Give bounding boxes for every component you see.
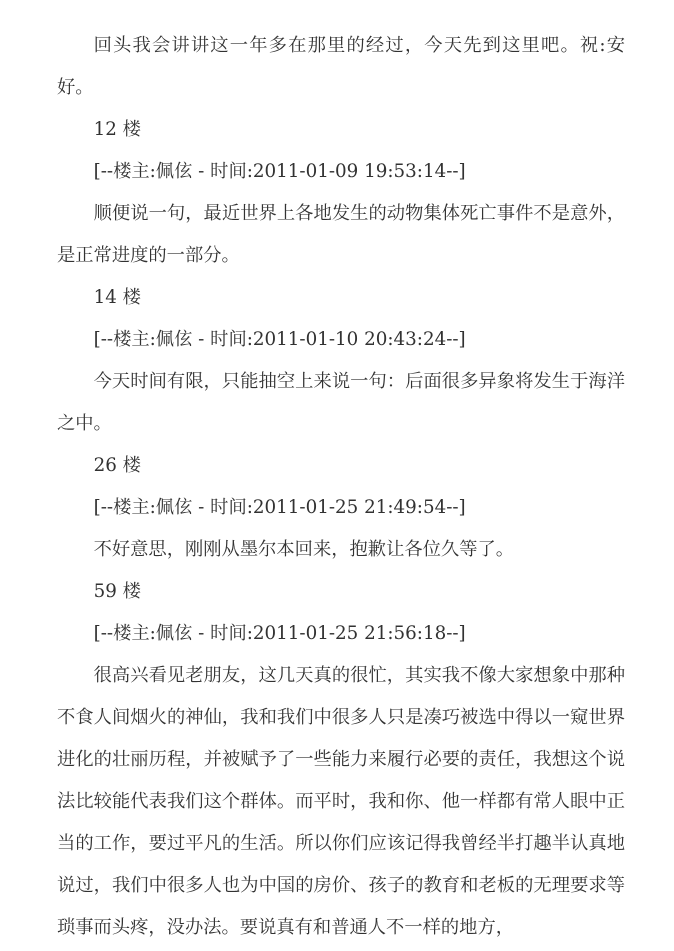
body-paragraph: 不好意思，刚刚从墨尔本回来，抱歉让各位久等了。	[57, 529, 625, 571]
document-page: 回头我会讲讲这一年多在那里的经过，今天先到这里吧。祝:安好。12 楼[--楼主:…	[0, 0, 674, 951]
post-meta-line: [--楼主:佩伭 - 时间:2011-01-10 20:43:24--]	[57, 319, 625, 361]
post-meta-line: [--楼主:佩伭 - 时间:2011-01-25 21:56:18--]	[57, 613, 625, 655]
body-paragraph: 很高兴看见老朋友，这几天真的很忙，其实我不像大家想象中那种不食人间烟火的神仙，我…	[57, 655, 625, 949]
floor-number-label: 14 楼	[57, 277, 625, 319]
body-paragraph: 回头我会讲讲这一年多在那里的经过，今天先到这里吧。祝:安好。	[57, 25, 625, 109]
floor-number-label: 59 楼	[57, 571, 625, 613]
body-paragraph: 顺便说一句，最近世界上各地发生的动物集体死亡事件不是意外，是正常进度的一部分。	[57, 193, 625, 277]
post-meta-line: [--楼主:佩伭 - 时间:2011-01-09 19:53:14--]	[57, 151, 625, 193]
floor-number-label: 12 楼	[57, 109, 625, 151]
document-content: 回头我会讲讲这一年多在那里的经过，今天先到这里吧。祝:安好。12 楼[--楼主:…	[57, 25, 625, 949]
floor-number-label: 26 楼	[57, 445, 625, 487]
body-paragraph: 今天时间有限，只能抽空上来说一句：后面很多异象将发生于海洋之中。	[57, 361, 625, 445]
post-meta-line: [--楼主:佩伭 - 时间:2011-01-25 21:49:54--]	[57, 487, 625, 529]
